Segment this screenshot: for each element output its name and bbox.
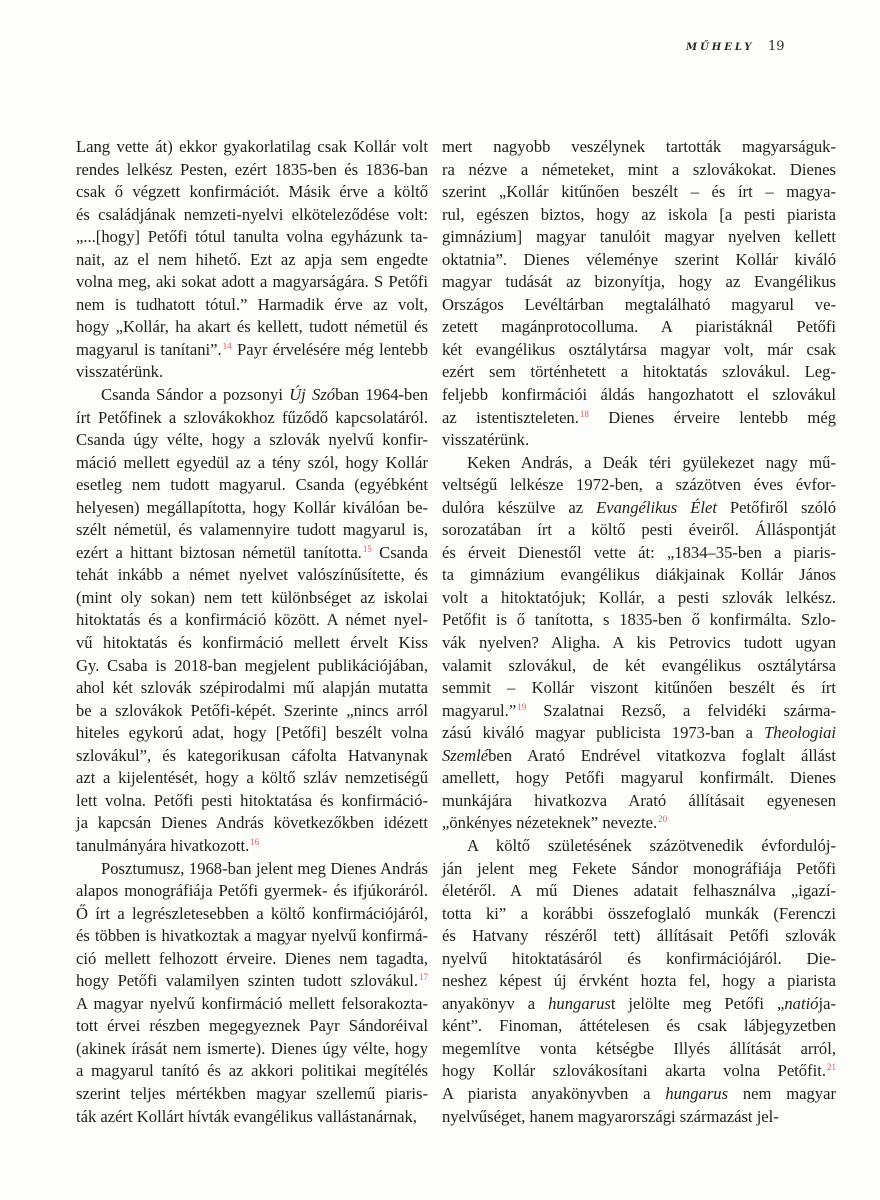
text-line: ahol két szlovák szépirodalmi mű alapján… — [76, 677, 428, 700]
text-line: ként”. Finoman, áttételesen és csak lábj… — [442, 1015, 836, 1038]
text-line: csak ő végzett konfirmációt. Másik érve … — [76, 181, 428, 204]
document-page: MŰHELY 19 Lang vette át) ekkor gyakorlat… — [0, 0, 880, 1200]
text-line: „önkényes nézeteknek” nevezte.20 — [442, 812, 836, 835]
text-line: magyarul.”19 Szalatnai Rezső, a felvidék… — [442, 700, 836, 723]
text-line: ezért sem történhetett a hitoktatás szlo… — [442, 361, 836, 384]
text-line: totta ki” a korábbi összefoglaló munkák … — [442, 903, 836, 926]
text-line: alapos monográfiája Petőfi gyermek- és i… — [76, 880, 428, 903]
text-line: valamit szlovákul, de két evangélikus os… — [442, 655, 836, 678]
text-line: tott érvei részben megegyeznek Payr Sánd… — [76, 1015, 428, 1038]
text-line: oktatnia”. Dienes véleménye szerint Koll… — [442, 249, 836, 272]
left-column: Lang vette át) ekkor gyakorlatilag csak … — [76, 136, 428, 1128]
text-line: megemlítve vonta kétségbe Illyés állítás… — [442, 1038, 836, 1061]
text-line: munkájára hivatkozva Arató állításait eg… — [442, 790, 836, 813]
footnote-marker[interactable]: 18 — [580, 409, 589, 419]
text-line: volt a hitoktatójuk; Kollár, a pesti szl… — [442, 587, 836, 610]
text-line: azt a kijelentését, hogy a költő szláv n… — [76, 767, 428, 790]
text-line: magyarul is tanítani”.14 Payr érvelésére… — [76, 339, 428, 362]
text-line: Szemlében Arató Endrével vitatkozva fogl… — [442, 745, 836, 768]
text-line: Csanda úgy vélte, hogy a szlovák nyelvű … — [76, 429, 428, 452]
text-line: a magyarul tanító és az akkori politikai… — [76, 1060, 428, 1083]
text-line: lett volna. Petőfi pesti hitoktatása és … — [76, 790, 428, 813]
text-line: gimnázium] magyar tanulóit magyar nyelve… — [442, 226, 836, 249]
text-line: hogy Kollár szlovákosítani akarta volna … — [442, 1060, 836, 1083]
text-line: zású kiváló magyar publicista 1973-ban a… — [442, 722, 836, 745]
paragraph: Posztumusz, 1968-ban jelent meg Dienes A… — [76, 858, 428, 1129]
text-line: életéről. A mű Dienes adatait felhasznál… — [442, 880, 836, 903]
text-line: ták azért Kollárt hívták evangélikus val… — [76, 1106, 428, 1129]
text-line: hiteles egykorú adat, hogy [Petőfi] besz… — [76, 722, 428, 745]
text-line: nait, az el nem hihető. Ezt az apja sem … — [76, 249, 428, 272]
text-line: sorozatában írt a költő pesti éveiről. Á… — [442, 519, 836, 542]
text-line: Petőfit is ő tanította, s 1835-ben ő kon… — [442, 609, 836, 632]
text-line: szélt németül, és valamennyire tudott ma… — [76, 519, 428, 542]
paragraph: A költő születésének százötvenedik évfor… — [442, 835, 836, 1128]
footnote-marker[interactable]: 14 — [223, 341, 232, 351]
text-line: Csanda Sándor a pozsonyi Új Szóban 1964-… — [76, 384, 428, 407]
text-line: szlovákul”, és kategorikusan cáfolta Hat… — [76, 745, 428, 768]
text-line: szerint teljes mértékben magyar szellemű… — [76, 1083, 428, 1106]
text-line: Posztumusz, 1968-ban jelent meg Dienes A… — [76, 858, 428, 881]
text-line: A költő születésének százötvenedik évfor… — [442, 835, 836, 858]
text-line: magyar tudását az bizonyítja, hogy az Ev… — [442, 271, 836, 294]
text-line: Gy. Csaba is 2018-ban megjelent publikác… — [76, 655, 428, 678]
text-line: rul, egészen biztos, hogy az iskola [a p… — [442, 204, 836, 227]
text-line: nem is tudhatott tótul.” Harmadik érve a… — [76, 294, 428, 317]
text-line: és Hatvany részéről tett) állításait Pet… — [442, 925, 836, 948]
text-line: hitoktatás és a konfirmáció között. A né… — [76, 609, 428, 632]
text-line: szerint „Kollár kitűnően beszélt – és ír… — [442, 181, 836, 204]
text-line: nyelvű hitoktatásáról és konfirmációjáró… — [442, 948, 836, 971]
text-line: az istentiszteleten.18 Dienes érveire le… — [442, 407, 836, 430]
text-line: A piarista anyakönyvben a hungarus nem m… — [442, 1083, 836, 1106]
text-line: ján jelent meg Fekete Sándor monográfiáj… — [442, 858, 836, 881]
text-line: zetett magánprotocolluma. A piaristáknál… — [442, 316, 836, 339]
text-line: be a szlovákok Petőfi-képét. Szerinte „n… — [76, 700, 428, 723]
text-line: ció mellett felhozott érveire. Dienes ne… — [76, 948, 428, 971]
text-line: Országos Levéltárban megtalálható magyar… — [442, 294, 836, 317]
text-line: semmit – Kollár viszont kitűnően beszélt… — [442, 677, 836, 700]
text-line: amellett, hogy Petőfi magyarul konfirmál… — [442, 767, 836, 790]
paragraph: mert nagyobb veszélynek tartották magyar… — [442, 136, 836, 452]
text-line: dulóra készülve az Evangélikus Élet Pető… — [442, 497, 836, 520]
text-line: helyesen) megállapította, hogy Kollár ki… — [76, 497, 428, 520]
text-line: és érveit Dienestől vette át: „1834–35-b… — [442, 542, 836, 565]
text-line: visszatérünk. — [442, 429, 836, 452]
text-line: máció mellett egyedül az a tény szól, ho… — [76, 452, 428, 475]
text-line: tanulmányára hivatkozott.16 — [76, 835, 428, 858]
text-line: Ő írt a legrészletesebben a költő konfir… — [76, 903, 428, 926]
text-line: Keken András, a Deák téri gyülekezet nag… — [442, 452, 836, 475]
text-line: tehát inkább a német nyelvet valószínűsí… — [76, 564, 428, 587]
text-line: rendes lelkész Pesten, ezért 1835-ben és… — [76, 159, 428, 182]
text-line: vák nyelven? Aligha. A kis Petrovics tud… — [442, 632, 836, 655]
text-line: és többen is hivatkoztak a magyar nyelvű… — [76, 925, 428, 948]
footnote-marker[interactable]: 20 — [658, 814, 667, 824]
page-number: 19 — [768, 39, 785, 54]
text-line: visszatérünk. — [76, 361, 428, 384]
text-line: két evangélikus osztálytársa magyar volt… — [442, 339, 836, 362]
text-line: (mint oly sokan) nem tett különbséget az… — [76, 587, 428, 610]
text-line: esetleg nem tudott magyarul. Csanda (egy… — [76, 474, 428, 497]
text-line: és családjának nemzeti-nyelvi elkötelező… — [76, 204, 428, 227]
text-line: vű hitoktatás és konfirmáció mellett érv… — [76, 632, 428, 655]
text-line: ta gimnázium evangélikus diákjainak Koll… — [442, 564, 836, 587]
paragraph: Keken András, a Deák téri gyülekezet nag… — [442, 452, 836, 835]
text-line: anyakönyv a hungarust jelölte meg Petőfi… — [442, 993, 836, 1016]
right-column: mert nagyobb veszélynek tartották magyar… — [442, 136, 836, 1128]
footnote-marker[interactable]: 15 — [363, 544, 372, 554]
footnote-marker[interactable]: 19 — [517, 702, 526, 712]
text-line: ja kapcsán Dienes András következőkben i… — [76, 812, 428, 835]
footnote-marker[interactable]: 21 — [827, 1062, 836, 1072]
running-head-section: MŰHELY — [686, 42, 754, 53]
footnote-marker[interactable]: 17 — [419, 972, 428, 982]
text-line: hogy Petőfi valamilyen szinten tudott sz… — [76, 970, 428, 993]
text-line: (akinek írását nem ismerte). Dienes úgy … — [76, 1038, 428, 1061]
text-line: neshez képest új érvként hozta fel, hogy… — [442, 970, 836, 993]
text-line: feljebb konfirmációi áldás hangozhatott … — [442, 384, 836, 407]
paragraph: Csanda Sándor a pozsonyi Új Szóban 1964-… — [76, 384, 428, 857]
text-line: ra nézve a németeket, mint a szlovákokat… — [442, 159, 836, 182]
text-line: nyelvűséget, hanem magyarországi származ… — [442, 1106, 836, 1129]
text-line: hogy „Kollár, ha akart és kellett, tudot… — [76, 316, 428, 339]
text-line: veltségű lelkésze 1972-ben, a százötven … — [442, 474, 836, 497]
text-line: „...[hogy] Petőfi tótul tanulta volna eg… — [76, 226, 428, 249]
text-line: írt Petőfinek a szlovákokhoz fűződő kapc… — [76, 407, 428, 430]
text-line: Lang vette át) ekkor gyakorlatilag csak … — [76, 136, 428, 159]
text-line: mert nagyobb veszélynek tartották magyar… — [442, 136, 836, 159]
paragraph: Lang vette át) ekkor gyakorlatilag csak … — [76, 136, 428, 384]
footnote-marker[interactable]: 16 — [250, 837, 259, 847]
text-line: ezért a hittant biztosan németül tanítot… — [76, 542, 428, 565]
text-line: A magyar nyelvű konfirmáció mellett fels… — [76, 993, 428, 1016]
text-line: volna meg, aki sokat adott a magyarságár… — [76, 271, 428, 294]
